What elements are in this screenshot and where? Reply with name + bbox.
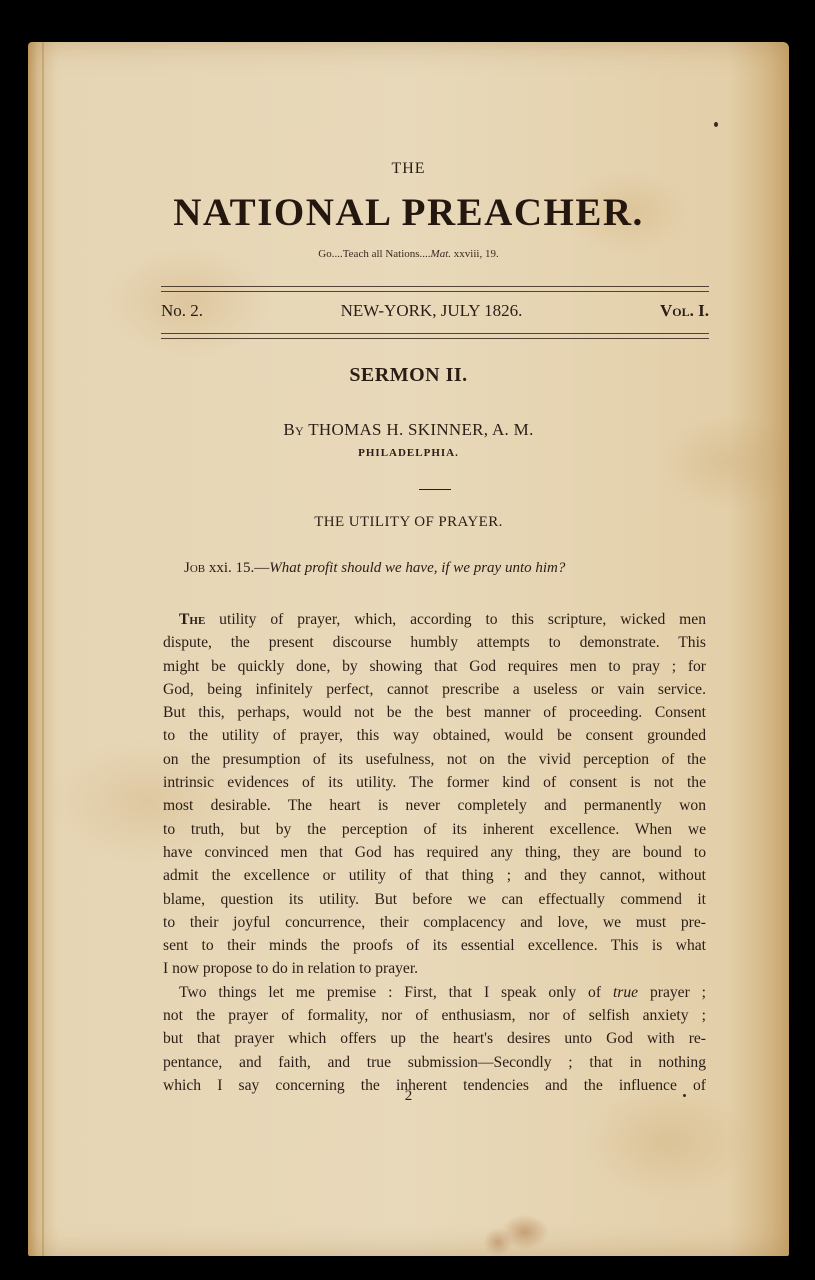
byline-by: By — [283, 420, 304, 439]
body-line: might be quickly done, by showing that G… — [163, 655, 706, 678]
body-line: to truth, but by the perception of its i… — [163, 818, 706, 841]
body-line: blame, question its utility. But before … — [163, 888, 706, 911]
body-line: pentance, and faith, and true submission… — [163, 1051, 706, 1074]
body-line: sent to their minds the proofs of its es… — [163, 934, 706, 957]
scripture-reference: xxi. 15.— — [205, 560, 269, 576]
motto-reference-book: Mat. — [431, 248, 451, 260]
issue-place-date: NEW-YORK, JULY 1826. — [341, 301, 523, 321]
scripture-text: Job xxi. 15.—What profit should we have,… — [184, 560, 565, 577]
sermon-body: The utility of prayer, which, according … — [163, 608, 706, 1097]
body-line: most desirable. The heart is never compl… — [163, 794, 706, 817]
issue-number: No. 2. — [161, 301, 203, 321]
sermon-heading: SERMON II. — [28, 364, 789, 387]
body-line: dispute, the present discourse humbly at… — [163, 631, 706, 654]
scripture-quote: What profit should we have, if we pray u… — [269, 560, 565, 576]
motto-text: Go....Teach all Nations.... — [318, 248, 430, 260]
body-line: The utility of prayer, which, according … — [163, 608, 706, 631]
masthead-article: THE — [28, 160, 789, 178]
body-line: I now propose to do in relation to praye… — [163, 957, 706, 980]
ink-speck — [714, 122, 718, 127]
motto-reference-verse: xxviii, 19. — [451, 248, 499, 260]
drop-word: The — [179, 611, 205, 628]
byline-author: THOMAS H. SKINNER, A. M. — [304, 420, 534, 439]
issue-line: No. 2. NEW-YORK, JULY 1826. Vol. I. — [161, 301, 709, 321]
body-line: to their joyful concurrence, their compl… — [163, 911, 706, 934]
ink-speck — [683, 1094, 686, 1097]
sermon-subject: THE UTILITY OF PRAYER. — [28, 514, 789, 531]
page-number: 2 — [28, 1088, 789, 1105]
emphasis-true: true — [613, 984, 638, 1001]
body-line: But this, perhaps, would not be the best… — [163, 701, 706, 724]
double-rule-bottom — [161, 333, 709, 339]
sermon-byline: By THOMAS H. SKINNER, A. M. — [28, 420, 789, 440]
body-line: but that prayer which offers up the hear… — [163, 1027, 706, 1050]
body-line: Two things let me premise : First, that … — [163, 981, 706, 1004]
issue-volume: Vol. I. — [660, 301, 709, 321]
double-rule-top — [161, 286, 709, 292]
body-line: intrinsic evidences of its utility. The … — [163, 771, 706, 794]
masthead-title: NATIONAL PREACHER. — [28, 190, 789, 235]
body-line: on the presumption of its usefulness, no… — [163, 748, 706, 771]
scripture-book: Job — [184, 560, 205, 576]
masthead-motto: Go....Teach all Nations....Mat. xxviii, … — [28, 248, 789, 260]
body-line: God, being infinitely perfect, cannot pr… — [163, 678, 706, 701]
author-location: PHILADELPHIA. — [28, 447, 789, 459]
document-page: THE NATIONAL PREACHER. Go....Teach all N… — [28, 42, 789, 1256]
body-line: not the prayer of formality, nor of enth… — [163, 1004, 706, 1027]
body-line: to the utility of prayer, this way obtai… — [163, 724, 706, 747]
page-content: THE NATIONAL PREACHER. Go....Teach all N… — [28, 42, 789, 1256]
section-divider — [419, 489, 451, 490]
body-line: admit the excellence or utility of that … — [163, 864, 706, 887]
body-line: have convinced men that God has required… — [163, 841, 706, 864]
